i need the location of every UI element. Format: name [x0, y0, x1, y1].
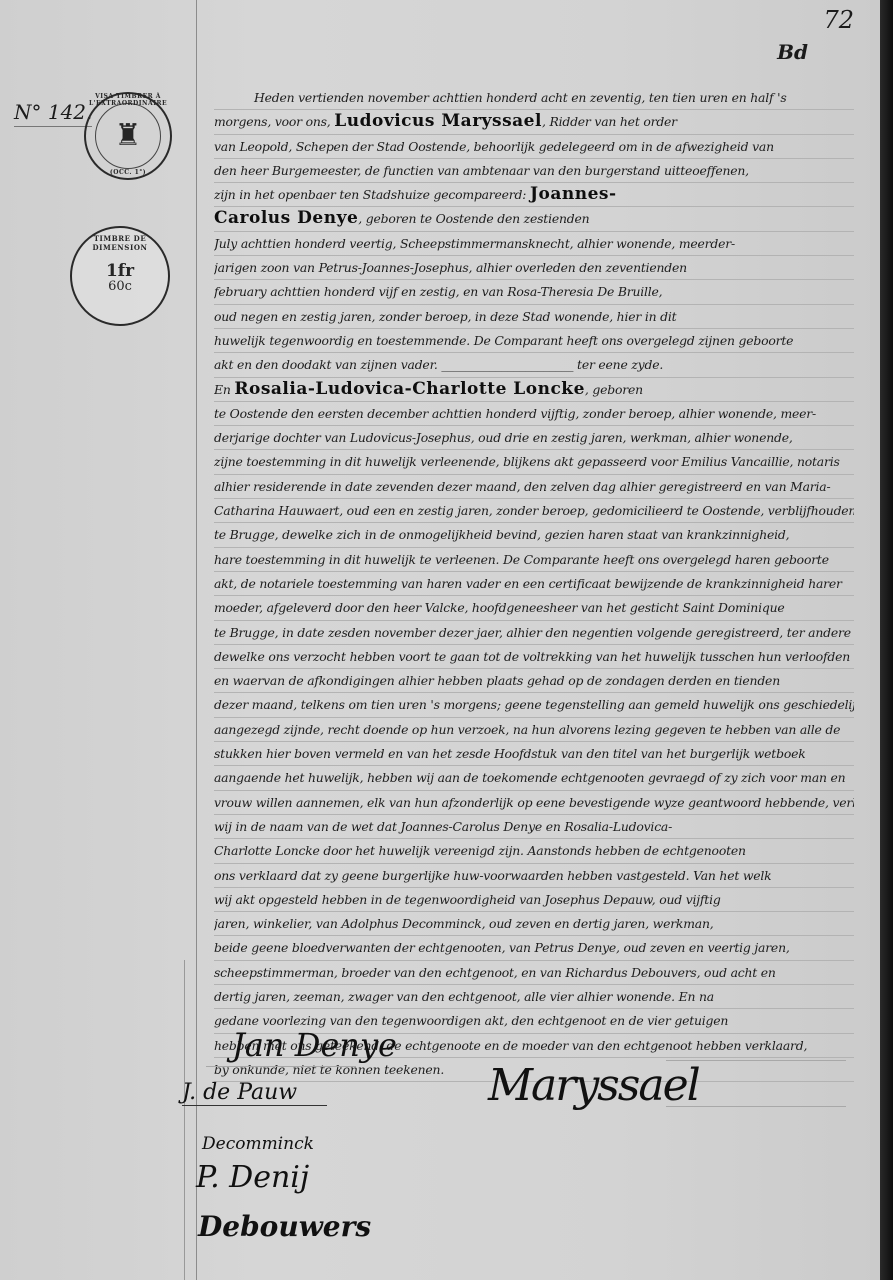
line-text: Catharina Hauwaert, oud een en zestig ja… [214, 503, 854, 518]
text-line: zijn in het openbaer ten Stadshuize geco… [214, 183, 854, 207]
line-text: dezer maand, telkens om tien uren 's mor… [214, 697, 854, 712]
line-text: jarigen zoon van Petrus-Joannes-Josephus… [214, 260, 687, 275]
text-line: Carolus Denye, geboren te Oostende den z… [214, 207, 854, 231]
text-line: jarigen zoon van Petrus-Joannes-Josephus… [214, 256, 854, 280]
text-line: van Leopold, Schepen der Stad Oostende, … [214, 135, 854, 159]
signature-witness-3: P. Denij [196, 1160, 309, 1195]
text-line: aangezegd zijnde, recht doende op hun ve… [214, 718, 854, 742]
stamp-ring-text: TIMBRE DE DIMENSION [72, 234, 168, 252]
corner-annotation: Bd [777, 40, 808, 64]
line-text: te Brugge, dewelke zich in de onmogelijk… [214, 527, 789, 542]
text-line: te Oostende den eersten december achttie… [214, 402, 854, 426]
text-line: derjarige dochter van Ludovicus-Josephus… [214, 426, 854, 450]
line-text: wij in de naam van de wet dat Joannes-Ca… [214, 819, 672, 834]
line-text: february achttien honderd vijf en zestig… [214, 284, 662, 299]
signature-official: Maryssael [488, 1060, 699, 1111]
signature-groom: Jan Denye [232, 1026, 397, 1064]
line-text: van Leopold, Schepen der Stad Oostende, … [214, 139, 774, 154]
text-line: jaren, winkelier, van Adolphus Decomminc… [214, 912, 854, 936]
stamp-value-centimes: 60c [108, 280, 132, 294]
text-line: stukken hier boven vermeld en van het ze… [214, 742, 854, 766]
line-text: Charlotte Loncke door het huwelijk veree… [214, 843, 746, 858]
text-line: beide geene bloedverwanten der echtgenoo… [214, 936, 854, 960]
text-line: scheepstimmerman, broeder van den echtge… [214, 961, 854, 985]
text-line: wij in de naam van de wet dat Joannes-Ca… [214, 815, 854, 839]
text-line: dezer maand, telkens om tien uren 's mor… [214, 693, 854, 717]
line-text: En [214, 382, 234, 397]
signature-witness-1: J. de Pauw [182, 1080, 327, 1106]
line-text: vrouw willen aannemen, elk van hun afzon… [214, 795, 854, 810]
text-line: en waervan de afkondigingen alhier hebbe… [214, 669, 854, 693]
register-page: 72 Bd N° 142. VISA TIMBRER À L'EXTRAORDI… [0, 0, 880, 1280]
line-text: morgens, voor ons, [214, 114, 334, 129]
line-text: alhier residerende in date zevenden deze… [214, 479, 830, 494]
extraordinary-stamp: VISA TIMBRER À L'EXTRAORDINAIRE ♜ (OCC. … [84, 92, 172, 180]
line-text: huwelijk tegenwoordig en toestemmende. D… [214, 333, 793, 348]
line-text: scheepstimmerman, broeder van den echtge… [214, 965, 776, 980]
line-text: aangezegd zijnde, recht doende op hun ve… [214, 722, 840, 737]
line-text: oud negen en zestig jaren, zonder beroep… [214, 309, 676, 324]
text-line: dewelke ons verzocht hebben voort te gaa… [214, 645, 854, 669]
line-text: beide geene bloedverwanten der echtgenoo… [214, 940, 790, 955]
line-text: , geboren te Oostende den zestienden [358, 211, 589, 226]
line-text: , geboren [585, 382, 643, 397]
stamp-inner-ring [95, 103, 161, 169]
text-line: oud negen en zestig jaren, zonder beroep… [214, 305, 854, 329]
line-text: zijn in het openbaer ten Stadshuize geco… [214, 187, 530, 202]
text-line: Catharina Hauwaert, oud een en zestig ja… [214, 499, 854, 523]
text-line: Charlotte Loncke door het huwelijk veree… [214, 839, 854, 863]
line-text: ons verklaard dat zy geene burgerlijke h… [214, 868, 771, 883]
line-text: derjarige dochter van Ludovicus-Josephus… [214, 430, 793, 445]
text-line: vrouw willen aannemen, elk van hun afzon… [214, 791, 854, 815]
page-number: 72 [823, 6, 854, 34]
text-line: July achttien honderd veertig, Scheepsti… [214, 232, 854, 256]
text-line: zijne toestemming in dit huwelijk verlee… [214, 450, 854, 474]
signature-witness-4: Debouwers [198, 1210, 371, 1243]
person-name: Rosalia-Ludovica-Charlotte Loncke [234, 379, 585, 399]
text-line: den heer Burgemeester, de functien van a… [214, 159, 854, 183]
person-name: Carolus Denye [214, 208, 358, 228]
text-line: te Brugge, dewelke zich in de onmogelijk… [214, 523, 854, 547]
text-line: alhier residerende in date zevenden deze… [214, 475, 854, 499]
signature-witness-2: Decomminck [202, 1134, 314, 1154]
text-line: dertig jaren, zeeman, zwager van den ech… [214, 985, 854, 1009]
text-line: akt en den doodakt van zijnen vader. ___… [214, 353, 854, 377]
line-text: akt, de notariele toestemming van haren … [214, 576, 842, 591]
text-line: february achttien honderd vijf en zestig… [214, 280, 854, 304]
text-line: En Rosalia-Ludovica-Charlotte Loncke, ge… [214, 378, 854, 402]
text-line: akt, de notariele toestemming van haren … [214, 572, 854, 596]
line-text: stukken hier boven vermeld en van het ze… [214, 746, 806, 761]
signature-block: Jan Denye J. de Pauw Decomminck P. Denij… [176, 1020, 856, 1280]
signature-rule [206, 1066, 356, 1067]
line-text: wij akt opgesteld hebben in de tegenwoor… [214, 892, 721, 907]
line-text: akt en den doodakt van zijnen vader. ___… [214, 357, 663, 372]
text-line: Heden vertienden november achttien honde… [214, 86, 854, 110]
line-text: Heden vertienden november achttien honde… [254, 90, 786, 105]
line-text: te Oostende den eersten december achttie… [214, 406, 816, 421]
person-name: Joannes- [530, 184, 617, 204]
text-line: te Brugge, in date zesden november dezer… [214, 621, 854, 645]
stamp-bottom-text: (OCC. 1°) [86, 169, 170, 176]
line-text: dertig jaren, zeeman, zwager van den ech… [214, 989, 714, 1004]
text-line: huwelijk tegenwoordig en toestemmende. D… [214, 329, 854, 353]
line-text: te Brugge, in date zesden november dezer… [214, 625, 854, 640]
text-line: aangaende het huwelijk, hebben wij aan d… [214, 766, 854, 790]
line-text: hare toestemming in dit huwelijk te verl… [214, 552, 829, 567]
text-line: moeder, afgeleverd door den heer Valcke,… [214, 596, 854, 620]
line-text: dewelke ons verzocht hebben voort te gaa… [214, 649, 850, 664]
stamp-value-francs: 1fr [106, 263, 134, 280]
line-text: en waervan de afkondigingen alhier hebbe… [214, 673, 780, 688]
line-text: aangaende het huwelijk, hebben wij aan d… [214, 770, 845, 785]
line-text: July achttien honderd veertig, Scheepsti… [214, 236, 735, 251]
text-line: hare toestemming in dit huwelijk te verl… [214, 548, 854, 572]
text-line: wij akt opgesteld hebben in de tegenwoor… [214, 888, 854, 912]
dimension-stamp: TIMBRE DE DIMENSION 1fr 60c [70, 226, 170, 326]
line-text: moeder, afgeleverd door den heer Valcke,… [214, 600, 785, 615]
person-name: Ludovicus Maryssael [334, 111, 542, 131]
stamp-top-text: VISA TIMBRER À L'EXTRAORDINAIRE [86, 93, 170, 107]
line-text: zijne toestemming in dit huwelijk verlee… [214, 454, 840, 469]
line-text: , Ridder van het order [542, 114, 677, 129]
line-text: den heer Burgemeester, de functien van a… [214, 163, 749, 178]
text-line: morgens, voor ons, Ludovicus Maryssael, … [214, 110, 854, 134]
book-binding-edge [880, 0, 893, 1280]
act-number: N° 142. [14, 100, 92, 127]
text-line: ons verklaard dat zy geene burgerlijke h… [214, 864, 854, 888]
line-text: jaren, winkelier, van Adolphus Decomminc… [214, 916, 714, 931]
marriage-act-text: Heden vertienden november achttien honde… [214, 86, 854, 1082]
